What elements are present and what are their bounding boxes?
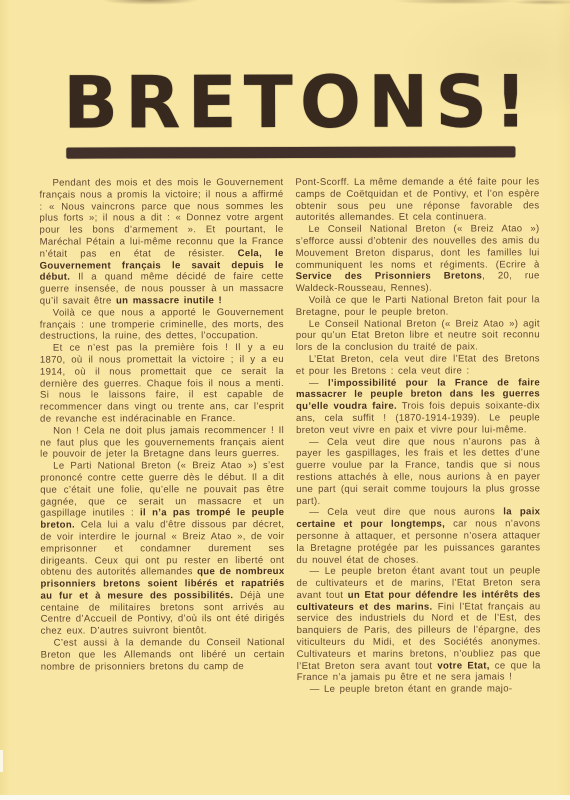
bold-text-segment: un massacre inutile ! [116, 295, 222, 306]
paragraph: — Le peuple breton étant en grande majo- [297, 684, 541, 696]
paragraph: Le Conseil National Breton (« Breiz Atao… [296, 318, 540, 354]
left-column: Pendant des mois et des mois le Gouverne… [39, 177, 284, 697]
text-segment: Voilà ce que nous a apporté le Gouvernem… [40, 307, 284, 342]
text-segment: L’Etat Breton, cela veut dire l’Etat des… [296, 353, 540, 376]
text-segment: — Le peuple breton étant en grande majo- [310, 684, 513, 696]
title-underline-rule [66, 146, 515, 158]
leaflet-scan: BRETONS ! Pendant des mois et des mois l… [0, 0, 570, 800]
leaflet-content: BRETONS ! Pendant des mois et des mois l… [0, 0, 570, 800]
paragraph: Le Conseil National Breton (« Breiz Atao… [296, 224, 540, 295]
paragraph: Voilà ce que le Parti National Breton fa… [296, 294, 540, 318]
text-columns: Pendant des mois et des mois le Gouverne… [39, 176, 540, 696]
paragraph: Et ce n’est pas la première fois ! Il y … [40, 342, 284, 425]
paragraph: — Le peuple breton étant avant tout un p… [296, 566, 540, 685]
right-column: Pont-Scorff. La même demande a été faite… [295, 176, 540, 696]
text-segment: C’est aussi à la demande du Conseil Nati… [41, 637, 285, 672]
paragraph: Non ! Cela ne doit plus jamais recommenc… [40, 425, 284, 461]
paragraph: C’est aussi à la demande du Conseil Nati… [41, 637, 285, 673]
bold-text-segment: Service des Prisonniers Bretons [296, 271, 482, 282]
text-segment: — [309, 377, 328, 388]
text-segment: Le Conseil National Breton (« Breiz Atao… [296, 224, 540, 271]
paragraph: — Cela veut dire que nous aurons la paix… [296, 507, 540, 567]
bold-text-segment: votre Etat, [437, 660, 489, 671]
text-segment: — Cela veut dire que nous aurons [309, 507, 503, 519]
paragraph: L’Etat Breton, cela veut dire l’Etat des… [296, 353, 540, 377]
paragraph: — l’impossibilité pour la France de fair… [296, 377, 540, 437]
paragraph: Le Parti National Breton (« Breiz Atao »… [40, 460, 284, 638]
paragraph: — Cela veut dire que nous n’aurons pas à… [296, 436, 540, 507]
paragraph: Voilà ce que nous a apporté le Gouvernem… [40, 307, 284, 343]
page-title: BRETONS ! [63, 65, 519, 138]
text-segment: Pont-Scorff. La même demande a été faite… [295, 176, 539, 223]
page-title-exclamation: ! [494, 65, 527, 137]
text-segment: Le Conseil National Breton (« Breiz Atao… [296, 318, 540, 353]
text-segment: Non ! Cela ne doit plus jamais recommenc… [40, 425, 284, 460]
text-segment: Voilà ce que le Parti National Breton fa… [296, 294, 540, 317]
paragraph: Pont-Scorff. La même demande a été faite… [295, 176, 539, 224]
scan-left-edge-notch [0, 750, 3, 772]
text-segment: — Cela veut dire que nous n’aurons pas à… [296, 436, 540, 507]
page-title-word: BRETONS [63, 65, 494, 138]
scan-bottom-edge [0, 795, 570, 800]
paragraph: Pendant des mois et des mois le Gouverne… [39, 177, 283, 307]
text-segment: Et ce n’est pas la première fois ! Il y … [40, 342, 284, 424]
